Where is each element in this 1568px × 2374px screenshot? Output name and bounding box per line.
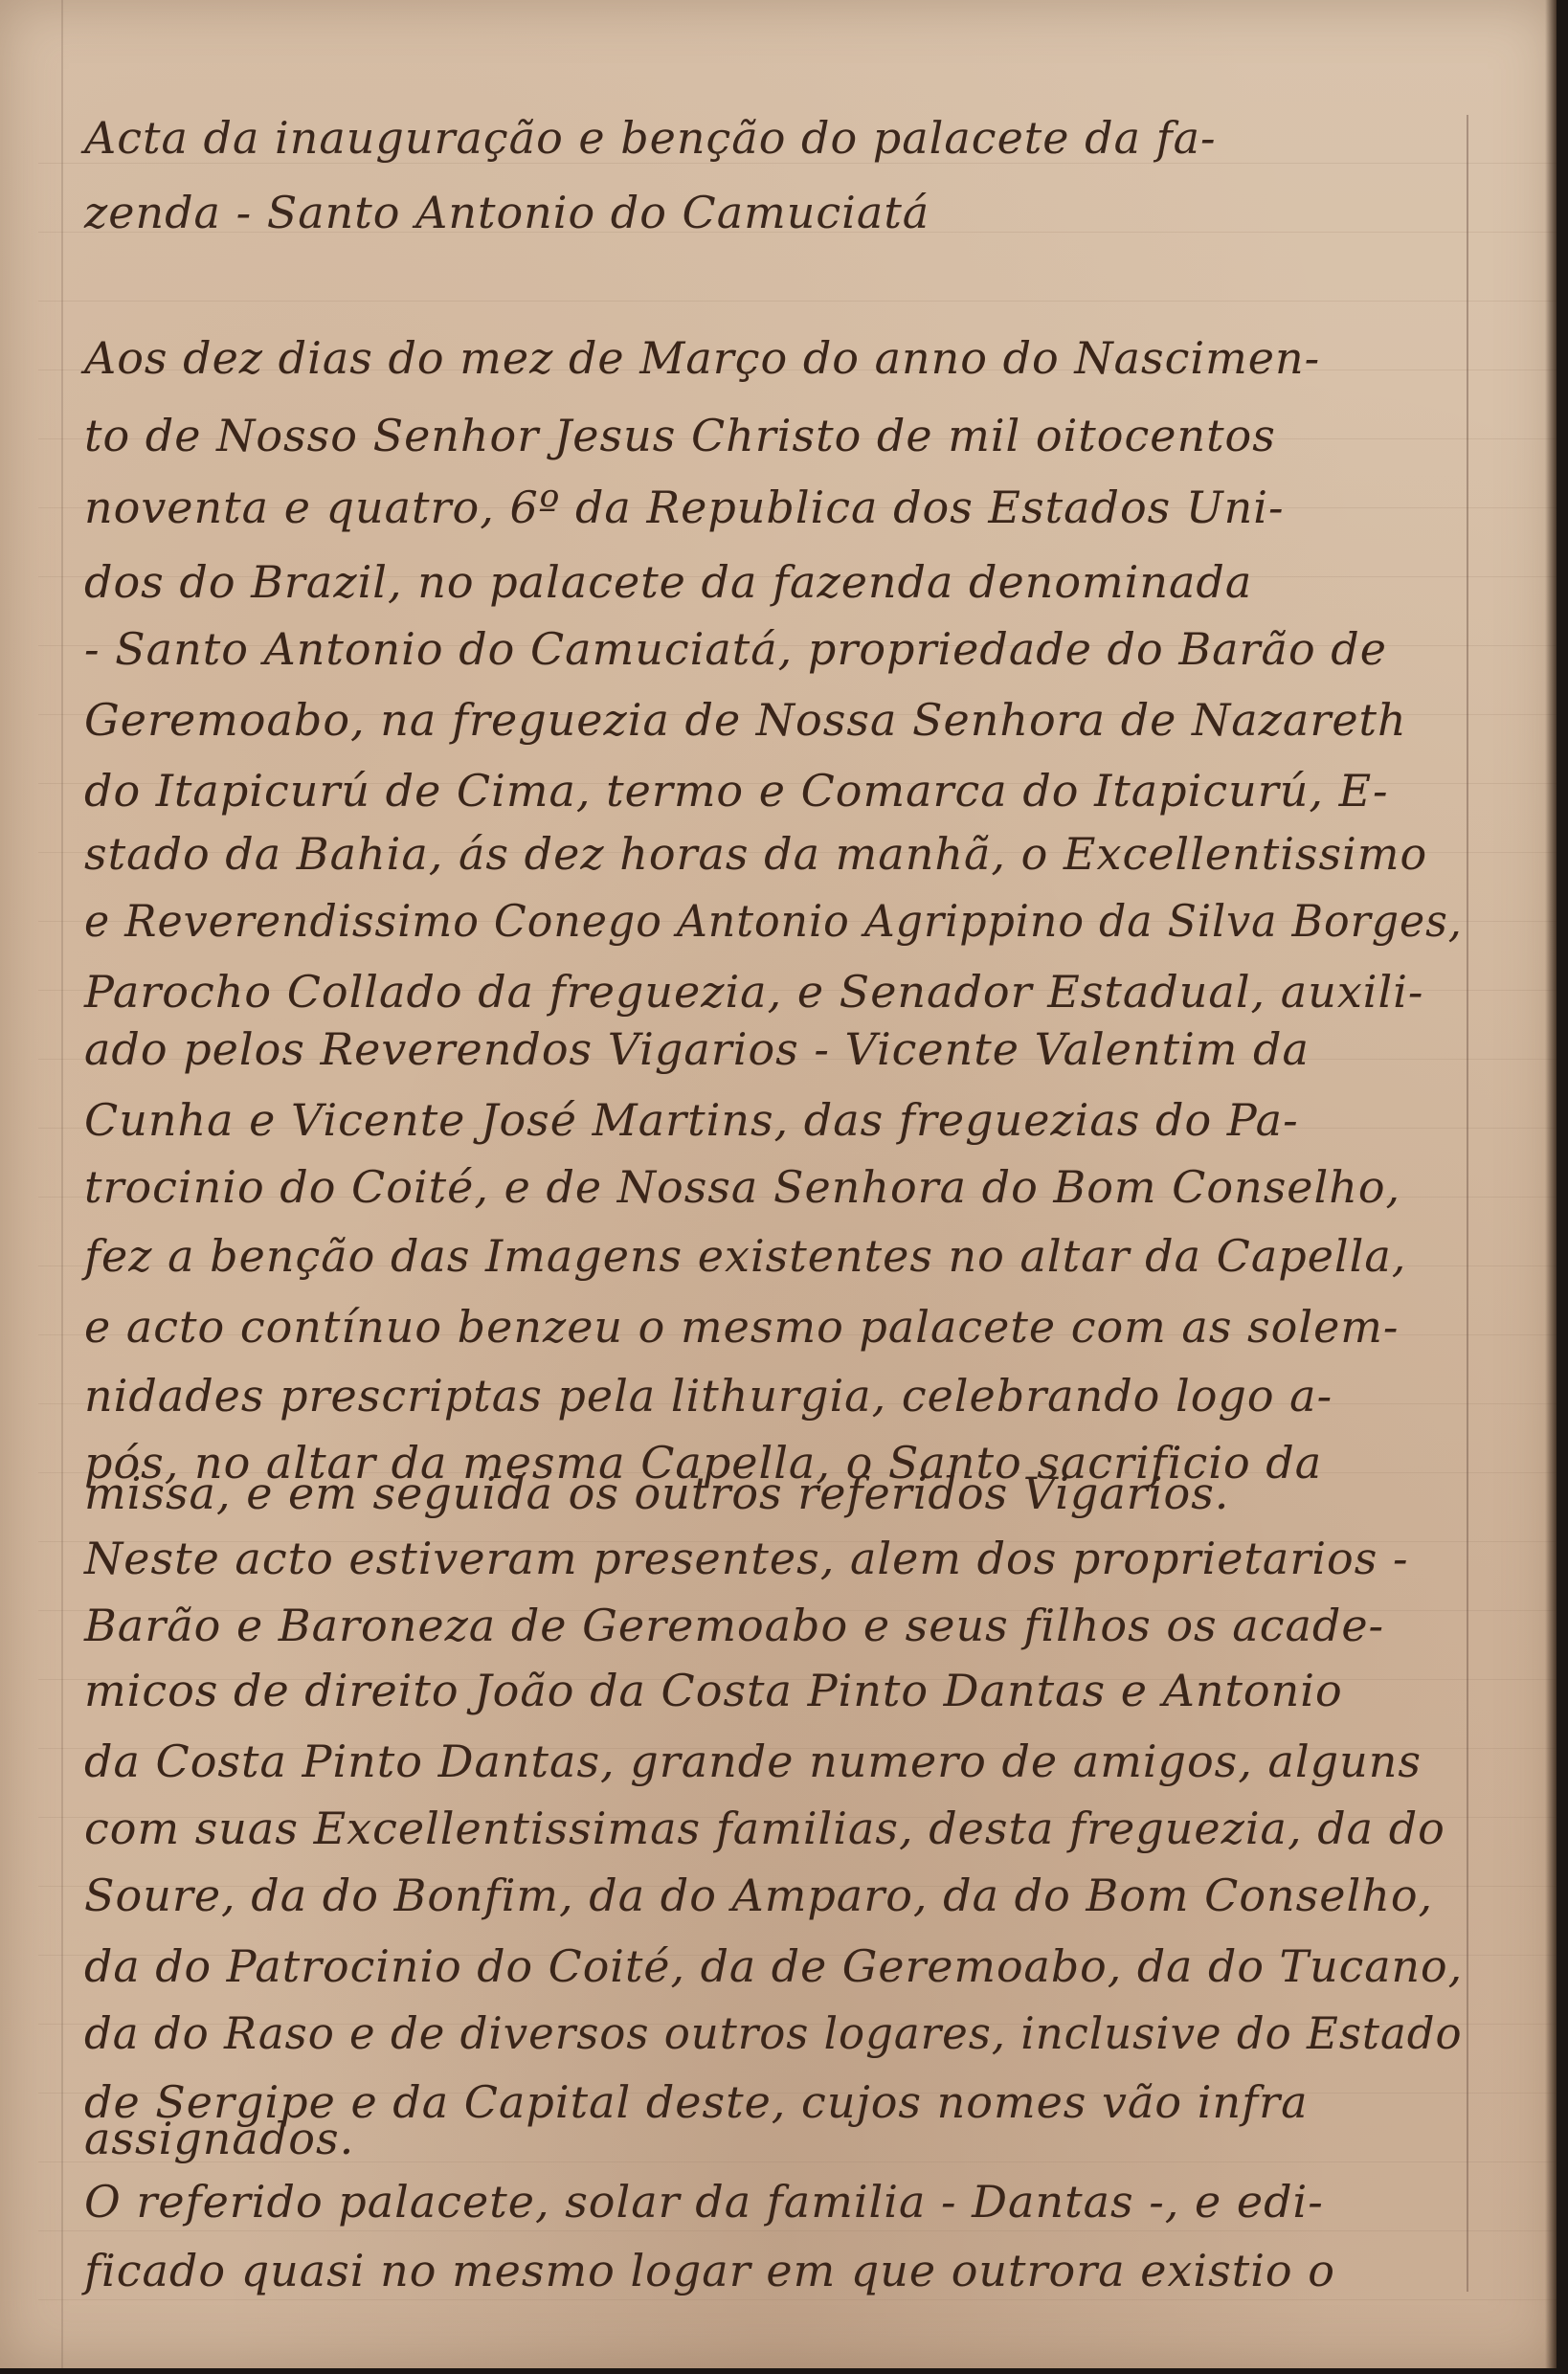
title-line: zenda - Santo Antonio do Camuciatá <box>84 184 1463 241</box>
body-line: Cunha e Vicente José Martins, das fregue… <box>84 1091 1463 1149</box>
body-line: O referido palacete, solar da familia - … <box>84 2173 1463 2230</box>
body-line: assignados. <box>84 2110 1463 2167</box>
body-line: Neste acto estiveram presentes, alem dos… <box>84 1530 1463 1587</box>
body-line: missa, e em seguida os outros referidos … <box>84 1465 1463 1522</box>
body-line: da Costa Pinto Dantas, grande numero de … <box>84 1733 1463 1790</box>
body-line: Geremoabo, na freguezia de Nossa Senhora… <box>84 691 1463 749</box>
body-line: Parocho Collado da freguezia, e Senador … <box>84 963 1463 1020</box>
body-line: trocinio do Coité, e de Nossa Senhora do… <box>84 1158 1463 1216</box>
manuscript-page: Acta da inauguração e benção do palacete… <box>0 0 1557 2368</box>
body-line: ado pelos Reverendos Vigarios - Vicente … <box>84 1020 1463 1078</box>
body-line: to de Nosso Senhor Jesus Christo de mil … <box>84 407 1463 464</box>
body-line: fez a benção das Imagens existentes no a… <box>84 1227 1463 1285</box>
body-line: Soure, da do Bonfim, da do Amparo, da do… <box>84 1867 1463 1924</box>
body-line: dos do Brazil, no palacete da fazenda de… <box>84 553 1463 611</box>
body-line: micos de direito João da Costa Pinto Dan… <box>84 1662 1463 1719</box>
body-line: Barão e Baroneza de Geremoabo e seus fil… <box>84 1597 1463 1654</box>
body-line: da do Patrocinio do Coité, da de Geremoa… <box>84 1937 1457 1995</box>
body-line: e acto contínuo benzeu o mesmo palacete … <box>84 1298 1463 1355</box>
body-line: e Reverendissimo Conego Antonio Agrippin… <box>84 892 1410 950</box>
body-line: ficado quasi no mesmo logar em que outro… <box>84 2242 1463 2299</box>
body-line: da do Raso e de diversos outros logares,… <box>84 2004 1432 2062</box>
body-line: com suas Excellentissimas familias, dest… <box>84 1800 1463 1857</box>
title-line: Acta da inauguração e benção do palacete… <box>84 109 1463 167</box>
handwritten-text: Acta da inauguração e benção do palacete… <box>0 0 1557 2368</box>
body-line: noventa e quatro, 6º da Republica dos Es… <box>84 479 1463 536</box>
body-line: do Itapicurú de Cima, termo e Comarca do… <box>84 762 1463 819</box>
body-line: - Santo Antonio do Camuciatá, propriedad… <box>84 620 1463 678</box>
body-line: Aos dez dias do mez de Março do anno do … <box>84 329 1463 387</box>
body-line: stado da Bahia, ás dez horas da manhã, o… <box>84 825 1463 883</box>
body-line: nidades prescriptas pela lithurgia, cele… <box>84 1367 1463 1424</box>
